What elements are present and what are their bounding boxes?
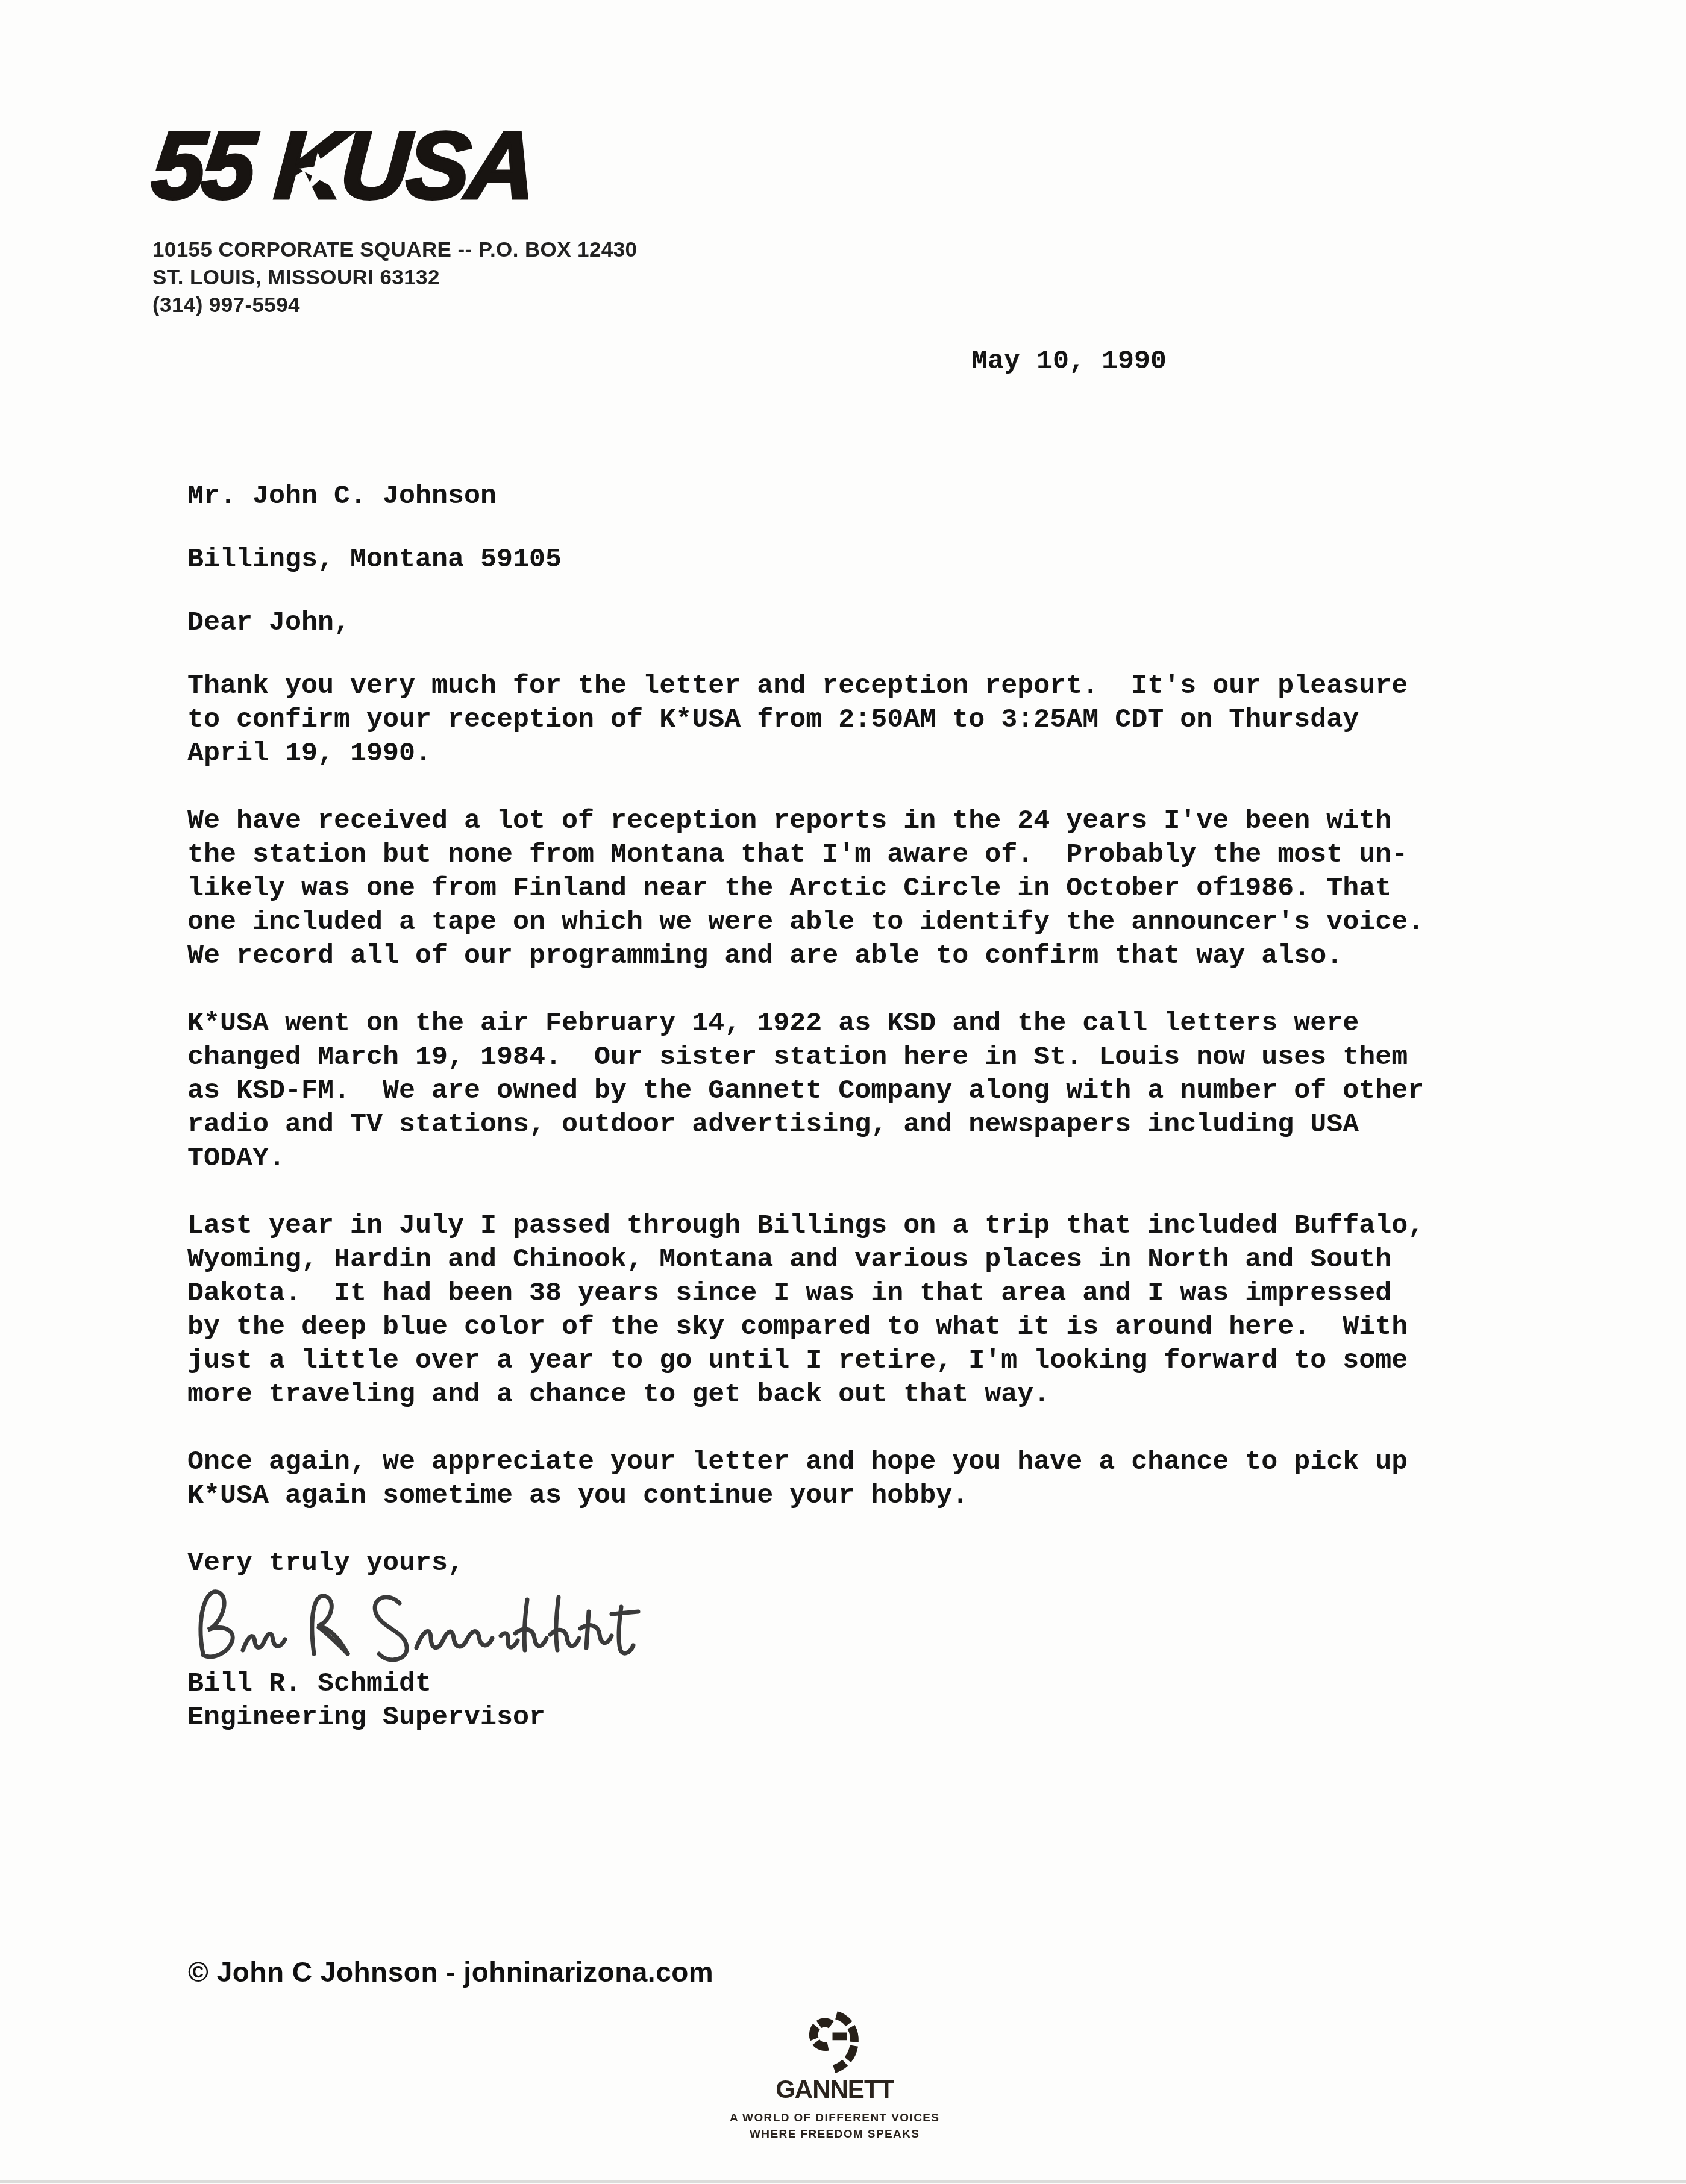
logo-k-group: K ★ [272,118,344,213]
paragraph-2: We have received a lot of reception repo… [187,804,1501,973]
letterhead-phone: (314) 997-5594 [152,292,637,319]
recipient-city: Billings, Montana 59105 [187,543,1501,577]
paragraph-5: Once again, we appreciate your letter an… [187,1445,1501,1513]
recipient-name: Mr. John C. Johnson [187,480,1501,513]
letterhead-address-line2: ST. LOUIS, MISSOURI 63132 [152,264,637,292]
letter-date: May 10, 1990 [971,345,1167,378]
letterhead-address-line1: 10155 CORPORATE SQUARE -- P.O. BOX 12430 [152,236,637,264]
letter-page: 55 K ★ USA 10155 CORPORATE SQUARE -- P.O… [0,0,1686,2184]
gannett-logo: GANNETT A WORLD OF DIFFERENT VOICES WHER… [696,2011,973,2142]
signature-image [190,1577,648,1667]
copyright-line: © John C Johnson - johninarizona.com [188,1956,713,1988]
salutation: Dear John, [187,606,1501,640]
scan-edge-artifact [0,2180,1686,2183]
gannett-globe-icon [807,2011,862,2074]
signer-title: Engineering Supervisor [187,1701,1501,1735]
paragraph-1: Thank you very much for the letter and r… [187,669,1501,771]
paragraph-4: Last year in July I passed through Billi… [187,1209,1501,1412]
paragraph-3: K*USA went on the air February 14, 1922 … [187,1007,1501,1175]
logo-usa-text: USA [337,118,536,213]
logo-55-text: 55 [149,118,255,213]
letterhead-address: 10155 CORPORATE SQUARE -- P.O. BOX 12430… [152,236,637,319]
gannett-tagline-line2: WHERE FREEDOM SPEAKS [696,2126,973,2142]
letterhead: 55 K ★ USA 10155 CORPORATE SQUARE -- P.O… [152,118,637,319]
gannett-tagline: A WORLD OF DIFFERENT VOICES WHERE FREEDO… [696,2110,973,2142]
signature-block: Bill R. Schmidt Engineering Supervisor [187,1577,1501,1735]
gannett-tagline-line1: A WORLD OF DIFFERENT VOICES [696,2110,973,2126]
gannett-wordmark: GANNETT [696,2075,973,2104]
closing: Very truly yours, [187,1547,1501,1580]
letter-body: Mr. John C. Johnson Billings, Montana 59… [187,480,1501,1735]
kusa-logo: 55 K ★ USA [149,118,640,213]
star-icon: ★ [297,147,337,196]
signer-name: Bill R. Schmidt [187,1667,1501,1701]
